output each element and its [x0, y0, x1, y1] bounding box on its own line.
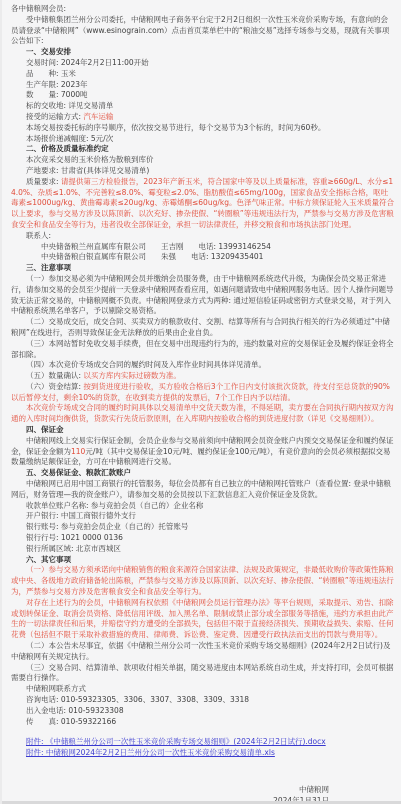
- paragraph: 本次竞采交易的玉米价格为散粮到库价: [11, 155, 394, 166]
- paragraph: 开户银行: 中国工商银行德外支行: [11, 511, 394, 522]
- red-text-run: 以买方库内实际过磅数为准。: [83, 371, 181, 380]
- paragraph: 本次竞价专场成交合同的履约时间具体以交易清单中交货天数为准，不得延期，卖方要在合…: [11, 403, 394, 425]
- paragraph: （六）资金结算: 按到货进度进行验收，买方验收合格后3个工作日内支付该批次货款，…: [11, 382, 394, 404]
- attachment-row: 附件: 中储粮网2024年2月2日兰州分公司一次性玉米竞价采购交易清单.xls: [11, 748, 394, 759]
- paragraph: （一）参加交易必须为中储粮网会员并缴纳会员服务费，由于中储粮网系统迭代升级，为确…: [11, 274, 394, 317]
- attachment-row: 附件: 《中储粮兰州分公司一次性玉米竞价采购专场交易细则》(2024年2月2日试…: [11, 737, 394, 748]
- paragraph: （三）交易合同、结算清单、款项收付相关单据，随交易进度由本网站系统自动生成，并支…: [11, 663, 394, 685]
- red-text-run: 本次竞价专场成交合同的履约时间具体以交易清单中交货天数为准，不得延期，卖方要在合…: [11, 403, 394, 423]
- text-run: 接受的运输方式:: [26, 112, 83, 121]
- text-run: 品 种: 玉米: [26, 69, 76, 78]
- text-run: 中储粮网已启用中国工商银行的托管服务，每位会员都有自己独立的中储粮网托管账户（查…: [11, 479, 391, 499]
- text-run: 中央储备粮白银直属库有限公司 朱强 电话: 13209435401: [41, 252, 263, 261]
- text-run: 五、交易保证金、粮款汇款账户: [26, 468, 131, 477]
- text-run: 本场报价递减幅度: 5元/次: [26, 134, 113, 143]
- red-text-run: 请提供第三方检验报告，2023年产新玉米，符合国家中等及以上质量标准，容重≥66…: [11, 177, 394, 229]
- section-heading: 五、交易保证金、粮款汇款账户: [11, 468, 394, 479]
- text-run: 本次竞采交易的玉米价格为散粮到库价: [26, 155, 154, 164]
- paragraph: 本场报价递减幅度: 5元/次: [11, 134, 394, 145]
- text-run: 质量要求:: [26, 177, 61, 186]
- paragraph: （二）本公告未尽事宜，依据《中储粮兰州分公司一次性玉米竞价采购专场交易细则》(2…: [11, 641, 394, 663]
- text-run: 四、保证金: [26, 425, 64, 434]
- text-run: 银行账号: 参与竞拍会员企业（自己的）托管账号: [26, 522, 188, 531]
- text-run: 银行所属区域: 北京市西城区: [26, 544, 121, 553]
- paragraph: 银行所属区域: 北京市西城区: [11, 544, 394, 555]
- text-run: 三、注意事项: [26, 263, 71, 272]
- paragraph: 接受的运输方式: 汽车运输: [11, 112, 394, 123]
- paragraph: （五）数量确认: 以买方库内实际过磅数为准。: [11, 371, 394, 382]
- text-run: 受中储粮集团兰州分公司委托，中储粮网电子商务平台定于2月2日组织一次性玉米竞价采…: [11, 15, 389, 46]
- text-run: 交易时间: 2024年2月2日11:00开始: [26, 58, 149, 67]
- paragraph: 本场交易按委托标的序号顺序，依次按交易节进行，每个交易节为3个标的，时间为60秒…: [11, 123, 394, 134]
- text-run: 标的交收地: 详见交易清单: [26, 101, 113, 110]
- attachments-section: 附件: 《中储粮兰州分公司一次性玉米竞价采购专场交易细则》(2024年2月2日试…: [11, 737, 394, 759]
- announcement-body: 各中储粮网会员:受中储粮集团兰州分公司委托，中储粮网电子商务平台定于2月2日组织…: [11, 4, 394, 727]
- red-text-run: 110: [71, 447, 85, 456]
- paragraph: 传 真: 010-59322166: [11, 717, 394, 728]
- text-run: 开户银行: 中国工商银行德外支行: [26, 511, 136, 520]
- text-run: 传 真: 010-59322166: [26, 717, 116, 726]
- text-run: 联系人:: [26, 231, 51, 240]
- announcement-page: 各中储粮网会员:受中储粮集团兰州分公司委托，中储粮网电子商务平台定于2月2日组织…: [0, 0, 401, 804]
- text-run: 咨询电话: 010-59323305、3306、3307、3308、3309、3…: [26, 695, 249, 704]
- section-heading: 六、其它事项: [11, 555, 394, 566]
- contact-line: 中央储备粮兰州直属库有限公司 王吉刚 电话: 13993146254: [11, 242, 394, 253]
- paragraph: 中储粮网联系方式: [11, 684, 394, 695]
- text-run: 六、其它事项: [26, 555, 71, 564]
- paragraph: 品 种: 玉米: [11, 69, 394, 80]
- attachment-link[interactable]: 附件: 中储粮网2024年2月2日兰州分公司一次性玉米竞价采购交易清单.xls: [26, 748, 275, 757]
- text-run: 出入金电话: 010-59323308: [26, 706, 124, 715]
- paragraph: （三）本网站暂时免收交易手续费，但在交易中出现违约行为的，违约数量对应的交易保证…: [11, 339, 394, 361]
- text-run: 产地要求: 甘肃省(具体详见交易清单): [26, 166, 149, 175]
- text-run: （五）数量确认:: [26, 371, 83, 380]
- paragraph: 产地要求: 甘肃省(具体详见交易清单): [11, 166, 394, 177]
- text-run: 中央储备粮兰州直属库有限公司 王吉刚 电话: 13993146254: [41, 242, 271, 251]
- paragraph: （四）本次竞价专场成交合同的履约时间及入库作业时间具体详见清单。: [11, 360, 394, 371]
- paragraph: 银行行号: 1021 0000 0136: [11, 533, 394, 544]
- paragraph: 咨询电话: 010-59323305、3306、3307、3308、3309、3…: [11, 695, 394, 706]
- paragraph: 银行账号: 参与竞拍会员企业（自己的）托管账号: [11, 522, 394, 533]
- paragraph: 交易时间: 2024年2月2日11:00开始: [11, 58, 394, 69]
- paragraph: （一）参与交易方须承诺向中储粮销售的粮食来源符合国家法律、法规及政策规定，非最低…: [11, 565, 394, 597]
- text-run: 中储粮网联系方式: [26, 684, 86, 693]
- salutation: 各中储粮网会员:: [11, 4, 394, 15]
- paragraph: 质量要求: 请提供第三方检验报告，2023年产新玉米，符合国家中等及以上质量标准…: [11, 177, 394, 231]
- text-run: （三）交易合同、结算清单、款项收付相关单据，随交易进度由本网站系统自动生成，并支…: [11, 663, 394, 683]
- section-heading: 二、价格及质量标准约定: [11, 144, 394, 155]
- paragraph: 标的交收地: 详见交易清单: [11, 101, 394, 112]
- text-run: （一）参加交易必须为中储粮网会员并缴纳会员服务费，由于中储粮网系统迭代升级，为确…: [11, 274, 394, 315]
- section-heading: 三、注意事项: [11, 263, 394, 274]
- red-text-run: 汽车运输: [83, 112, 113, 121]
- contact-line: 中央储备粮白银直属库有限公司 朱强 电话: 13209435401: [11, 252, 394, 263]
- section-heading: 四、保证金: [11, 425, 394, 436]
- paragraph: （二）交易成交后，成交合同、买卖双方的粮款收付、交割、结算等所有与合同执行相关的…: [11, 317, 394, 339]
- text-run: （二）交易成交后，成交合同、买卖双方的粮款收付、交割、结算等所有与合同执行相关的…: [11, 317, 390, 337]
- attachment-link[interactable]: 附件: 《中储粮兰州分公司一次性玉米竞价采购专场交易细则》(2024年2月2日试…: [26, 737, 326, 746]
- text-run: 一、交易安排: [26, 47, 71, 56]
- paragraph: 联系人:: [11, 231, 394, 242]
- text-run: 各中储粮网会员:: [11, 4, 66, 13]
- paragraph: 生产年限: 2023年: [11, 80, 394, 91]
- footer-org: 中储粮网: [11, 785, 329, 796]
- text-run: 生产年限: 2023年: [26, 80, 88, 89]
- paragraph: 出入金电话: 010-59323308: [11, 706, 394, 717]
- red-text-run: 对存在上述行为的会员，中储粮网有权依照《中储粮网会员运行管理办法》等平台规则，采…: [11, 598, 394, 639]
- paragraph: 收款单位账户名称: 参与竞拍会员（自己的）企业名称: [11, 501, 394, 512]
- text-run: 数 量: 7000吨: [26, 90, 88, 99]
- text-run: 本场交易按委托标的序号顺序，依次按交易节进行，每个交易节为3个标的，时间为60秒…: [26, 123, 325, 132]
- text-run: （四）本次竞价专场成交合同的履约时间及入库作业时间具体详见清单。: [26, 360, 266, 369]
- paragraph: 对存在上述行为的会员，中储粮网有权依照《中储粮网会员运行管理办法》等平台规则，采…: [11, 598, 394, 641]
- paragraph: 数 量: 7000吨: [11, 90, 394, 101]
- paragraph: 中储粮网线上交易实行保证金制，会员企业参与交易前须向中储粮网会员资金账户内预交交…: [11, 436, 394, 468]
- red-text-run: （一）参与交易方须承诺向中储粮销售的粮食来源符合国家法律、法规及政策规定，非最低…: [11, 565, 394, 596]
- text-run: 银行行号: 1021 0000 0136: [26, 533, 123, 542]
- paragraph: 受中储粮集团兰州分公司委托，中储粮网电子商务平台定于2月2日组织一次性玉米竞价采…: [11, 15, 394, 47]
- paragraph: 中储粮网已启用中国工商银行的托管服务，每位会员都有自己独立的中储粮网托管账户（查…: [11, 479, 394, 501]
- text-run: （六）资金结算:: [26, 382, 83, 391]
- text-run: （三）本网站暂时免收交易手续费，但在交易中出现违约行为的，违约数量对应的交易保证…: [11, 339, 394, 359]
- text-run: 二、价格及质量标准约定: [26, 144, 109, 153]
- section-heading: 一、交易安排: [11, 47, 394, 58]
- text-run: 收款单位账户名称: 参与竞拍会员（自己的）企业名称: [26, 501, 203, 510]
- text-run: （二）本公告未尽事宜，依据《中储粮兰州分公司一次性玉米竞价采购专场交易细则》(2…: [11, 641, 390, 661]
